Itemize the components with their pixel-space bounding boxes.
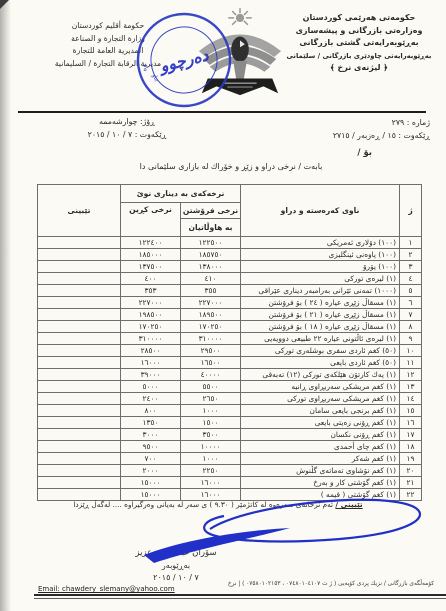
column-header-number: ژ: [400, 185, 422, 237]
sell-price: ١٦٥٠٠: [181, 357, 241, 369]
row-number: ٣: [400, 261, 422, 273]
sell-price: ٣٥٠٠: [181, 429, 241, 441]
sell-price: ١٠٠٠: [181, 453, 241, 465]
row-number: ١٣: [400, 381, 422, 393]
row-note: [38, 489, 121, 501]
table-row: ١٩(١) كغم شەكر١٠٠٠٧٠٠: [38, 453, 422, 465]
signature-date: ٧ / ١٠ / ٢٠١٥: [108, 573, 244, 582]
table-row: ٩(١) لیرەی ئاڵتونی عیارە ٢٢ طبیعی دوویەی…: [38, 333, 422, 345]
item-name: (١) كغم برنجی بایعی سامان: [241, 405, 400, 417]
row-number: ٢٠: [400, 465, 422, 477]
item-name: (١) مسقاڵ زێڕی عیارە ( ٢٤ ) بۆ فرۆشتن: [241, 297, 400, 309]
row-note: [38, 405, 121, 417]
row-note: [38, 441, 121, 453]
row-number: ٥: [400, 285, 422, 297]
row-number: ١٢: [400, 369, 422, 381]
document-number: ژمارە : ٢٧٩: [280, 117, 430, 130]
price-table-body: ١(١٠٠) دۆلاری ئەمریكی١٢٢٥٠٠١٢٢٤٠٠٢(١٠٠) …: [38, 237, 422, 501]
sell-price: ٢٦٥٠: [181, 393, 241, 405]
row-note: [38, 297, 121, 309]
item-name: (٥٠) كغم ئاردی سفری بوشلەری توركی: [241, 345, 400, 357]
stamp-center-text: دەرچوو: [155, 45, 211, 77]
price-table: ژ ناوی كەرەستە و دراو نرخەكەی بە دیناری …: [37, 184, 422, 501]
item-name: (١) مسقاڵ زێڕی عیارە ( ١٨ ) بۆ فرۆشتن: [241, 321, 400, 333]
table-row: ٢(١٠٠) پاوەنی ئینگلیزی١٨٥٧٥٠١٨٥٠٠٠: [38, 249, 422, 261]
item-name: (١٠٠) یۆرۆ: [241, 261, 400, 273]
sell-price: ٢٢٧٠٠٠: [181, 297, 241, 309]
item-name: (١) كغم مریشكی سەربڕاوی توركی: [241, 393, 400, 405]
letterhead-line: حکومەتی هەرێمی کوردستان: [280, 12, 438, 25]
row-note: [38, 345, 121, 357]
sell-price: ١٨٩٥٠٠: [181, 309, 241, 321]
email-label: Email:: [38, 585, 60, 593]
row-number: ٦: [400, 297, 422, 309]
weekday: ڕۆژ: چوارشەممە: [72, 116, 182, 129]
table-row: ١٠(٥٠) كغم ئاردی سفری بوشلەری توركی٢٩٥٠٠…: [38, 345, 422, 357]
buy-price: ١٦٠٠٠: [121, 357, 181, 369]
table-row: ٣(١٠٠) یۆرۆ١٣٨٠٠٠١٣٧٥٠٠: [38, 261, 422, 273]
item-name: (١) كغم نۆشاوی تەماتەی گڵنوش: [241, 465, 400, 477]
sell-price: ١٢٢٥٠٠: [181, 237, 241, 249]
row-note: [38, 369, 121, 381]
row-note: [38, 429, 121, 441]
buy-price: ٣٥٣: [121, 285, 181, 297]
row-number: ٢: [400, 249, 422, 261]
row-note: [38, 237, 121, 249]
row-number: ١: [400, 237, 422, 249]
buy-price: ٤٠٠: [121, 273, 181, 285]
letterhead-line: بەڕێوبەرایەتی گشتی بازرگانی: [280, 37, 438, 50]
column-header-note: تێبینی: [38, 185, 121, 237]
sell-price: ١٧٠٢٥٠: [181, 321, 241, 333]
row-number: ٧: [400, 309, 422, 321]
addressee-line: بۆ /: [357, 148, 372, 158]
table-row: ١٢(١) یەك كارتۆن هێلكەی توركی (١٢) تەبەق…: [38, 369, 422, 381]
row-number: ١٨: [400, 441, 422, 453]
sell-price: ٤٠٠٠٠: [181, 369, 241, 381]
row-number: ١٧: [400, 429, 422, 441]
sell-price: ١٠٠٠٠: [181, 441, 241, 453]
buy-price: ٥٠٠٠: [121, 381, 181, 393]
item-name: (١) كغم ڕۆنی زەیتی بایعی: [241, 417, 400, 429]
row-number: ٨: [400, 321, 422, 333]
sell-price: ١٣٨٠٠٠: [181, 261, 241, 273]
row-note: [38, 465, 121, 477]
email-address: chawdery_slemany@yahoo.com: [62, 585, 175, 593]
sell-price: ٤١٠: [181, 273, 241, 285]
gregorian-date: ڕێکەوت : ٧ / ١٠ / ٢٠١٥: [72, 129, 182, 142]
item-name: (١) یەك كارتۆن هێلكەی توركی (١٢) تەبەقی: [241, 369, 400, 381]
buy-price: ٧٠٠: [121, 453, 181, 465]
pen-signature-scribble-icon: [138, 495, 440, 567]
table-row: ١٤(١) كغم مریشكی سەربڕاوی توركی٢٦٥٠٢٤٠٠: [38, 393, 422, 405]
table-row: ٧(١) مسقاڵ زێڕی عیارە ( ٢١ ) بۆ فرۆشتن١٨…: [38, 309, 422, 321]
row-note: [38, 453, 121, 465]
table-row: ٢٠(١) كغم نۆشاوی تەماتەی گڵنوش٢٢٥٠٢٠٠٠: [38, 465, 422, 477]
column-header-item: ناوی كەرەستە و دراو: [241, 185, 400, 237]
item-name: (١٠٠٠) تمەنی ئێرانی بەرامبەر دیناری عێرا…: [241, 285, 400, 297]
item-name: (١) لیرەی توركی: [241, 273, 400, 285]
row-note: [38, 285, 121, 297]
buy-price: ١٧٠٢٥٠: [121, 321, 181, 333]
table-row: ٨(١) مسقاڵ زێڕی عیارە ( ١٨ ) بۆ فرۆشتن١٧…: [38, 321, 422, 333]
buy-price: ١٢٢٤٠٠: [121, 237, 181, 249]
header-divider-line: [18, 111, 426, 113]
buy-price: ٢٤٠٠: [121, 393, 181, 405]
row-number: ١١: [400, 357, 422, 369]
buy-price: ١٩٨٥٠٠: [121, 309, 181, 321]
row-note: [38, 477, 121, 489]
reference-block: ژمارە : ٢٧٩ ڕێکەوت : ١٥ / ڕەزبەر / ٢٧١٥: [280, 117, 430, 142]
row-number: ٤: [400, 273, 422, 285]
scan-edge-shadow: [0, 0, 11, 611]
item-name: (١) لیرەی ئاڵتونی عیارە ٢٢ طبیعی دوویەیی: [241, 333, 400, 345]
buy-price: ١٣٥٠: [121, 417, 181, 429]
row-note: [38, 417, 121, 429]
row-number: ٩: [400, 333, 422, 345]
column-header-price-group: نرخەكەی بە دیناری نوێ: [121, 185, 241, 203]
footer-contact-line: كۆمەڵگەی بازرگانی / نزیك پردی كۆیەیی ( ژ…: [228, 581, 434, 587]
issued-stamp: وەزارەتی بازرگانی و پیشەسازی چاودێری باز…: [134, 10, 234, 110]
column-header-buy: نرخی كڕین: [121, 203, 181, 237]
row-note: [38, 249, 121, 261]
sell-price: ٢٢٥٠: [181, 465, 241, 477]
table-row: ١١(٥٠) كغم ئاردی بایعی١٦٥٠٠١٦٠٠٠: [38, 357, 422, 369]
row-note: [38, 261, 121, 273]
table-row: ١(١٠٠) دۆلاری ئەمریكی١٢٢٥٠٠١٢٢٤٠٠: [38, 237, 422, 249]
letterhead-line: وەزارەتی بازرگانی و پیشەسازی: [280, 25, 438, 38]
letterhead-line: ﴿ لیژنەی نرخ ﴾: [280, 62, 438, 75]
row-note: [38, 381, 121, 393]
letterhead-kurdish: حکومەتی هەرێمی کوردستان وەزارەتی بازرگان…: [280, 12, 438, 75]
buy-price: ٣٩٠٠٠: [121, 369, 181, 381]
buy-price: ٣٠٠٠: [121, 429, 181, 441]
row-number: ١٠: [400, 345, 422, 357]
scanned-price-list-document: حکومەتی هەرێمی کوردستان وەزارەتی بازرگان…: [0, 0, 446, 611]
table-row: ١٥(١) كغم برنجی بایعی سامان١٠٠٠٨٠٠: [38, 405, 422, 417]
buy-price: ٢٠٠٠: [121, 465, 181, 477]
table-row: ٢١(١) كغم گۆشتی كار و بەرخ١٦٠٠٠١٥٠٠٠: [38, 477, 422, 489]
table-row: ٦(١) مسقاڵ زێڕی عیارە ( ٢٤ ) بۆ فرۆشتن٢٢…: [38, 297, 422, 309]
item-name: (١) مسقاڵ زێڕی عیارە ( ٢١ ) بۆ فرۆشتن: [241, 309, 400, 321]
kurdish-date: ڕێکەوت : ١٥ / ڕەزبەر / ٢٧١٥: [280, 130, 430, 143]
date-block: ڕۆژ: چوارشەممە ڕێکەوت : ٧ / ١٠ / ٢٠١٥: [72, 116, 182, 141]
subject-line: بابەت / نرخی دراو و زێڕ و خۆراك لە بازار…: [100, 162, 362, 171]
sell-price: ٥٥٠٠: [181, 381, 241, 393]
sell-price: ٣٥٥: [181, 285, 241, 297]
sell-price: ١٨٥٧٥٠: [181, 249, 241, 261]
sell-price: ٢٩٥٠٠: [181, 345, 241, 357]
row-note: [38, 333, 121, 345]
sell-price: ١٥٠٠: [181, 417, 241, 429]
buy-price: ١٥٠٠٠: [121, 477, 181, 489]
row-number: ٢١: [400, 477, 422, 489]
buy-price: ٢٨٥٠٠: [121, 345, 181, 357]
row-number: ١٦: [400, 417, 422, 429]
row-note: [38, 273, 121, 285]
item-name: (١٠٠) دۆلاری ئەمریكی: [241, 237, 400, 249]
column-header-sell-line2: بە هاوڵاتیان: [181, 219, 241, 237]
row-note: [38, 321, 121, 333]
row-note: [38, 393, 121, 405]
letterhead-line: بەڕێوبەرایەتی چاودێری بازرگانی / سلێمانی: [280, 50, 438, 63]
table-row: ١٣(١) كغم مریشكی سەربڕاوی ڕانیە٥٥٠٠٥٠٠٠: [38, 381, 422, 393]
buy-price: ٢٢٧٠٠٠: [121, 297, 181, 309]
email-link[interactable]: Email: chawdery_slemany@yahoo.com: [38, 585, 175, 593]
item-name: (١) كغم ڕۆنی نكسان: [241, 429, 400, 441]
item-name: (٥٠) كغم ئاردی بایعی: [241, 357, 400, 369]
buy-price: ١٨٥٠٠٠: [121, 249, 181, 261]
table-row: ١٨(١) كغم چای أحمدی١٠٠٠٠٩٥٠٠: [38, 441, 422, 453]
table-row: ١٧(١) كغم ڕۆنی نكسان٣٥٠٠٣٠٠٠: [38, 429, 422, 441]
sell-price: ١٠٠٠: [181, 405, 241, 417]
item-name: (١) كغم مریشكی سەربڕاوی ڕانیە: [241, 381, 400, 393]
item-name: (١) كغم گۆشتی كار و بەرخ: [241, 477, 400, 489]
buy-price: ٩٥٠٠: [121, 441, 181, 453]
footer-divider-line: [34, 594, 446, 599]
sell-price: ١٦٠٠٠: [181, 477, 241, 489]
item-name: (١) كغم چای أحمدی: [241, 441, 400, 453]
row-note: [38, 357, 121, 369]
table-row: ٥(١٠٠٠) تمەنی ئێرانی بەرامبەر دیناری عێر…: [38, 285, 422, 297]
row-number: ١٤: [400, 393, 422, 405]
row-number: ١٥: [400, 405, 422, 417]
table-row: ١٦(١) كغم ڕۆنی زەیتی بایعی١٥٠٠١٣٥٠: [38, 417, 422, 429]
buy-price: ١٣٧٥٠٠: [121, 261, 181, 273]
item-name: (١) كغم شەكر: [241, 453, 400, 465]
table-row: ٤(١) لیرەی توركی٤١٠٤٠٠: [38, 273, 422, 285]
buy-price: ٣١٠٠٠٠: [121, 333, 181, 345]
column-header-sell-line1: نرخی فرۆشتن: [181, 203, 241, 219]
row-number: ١٩: [400, 453, 422, 465]
sell-price: ٣١٠٠٠٠: [181, 333, 241, 345]
item-name: (١٠٠) پاوەنی ئینگلیزی: [241, 249, 400, 261]
row-note: [38, 309, 121, 321]
buy-price: ٨٠٠: [121, 405, 181, 417]
